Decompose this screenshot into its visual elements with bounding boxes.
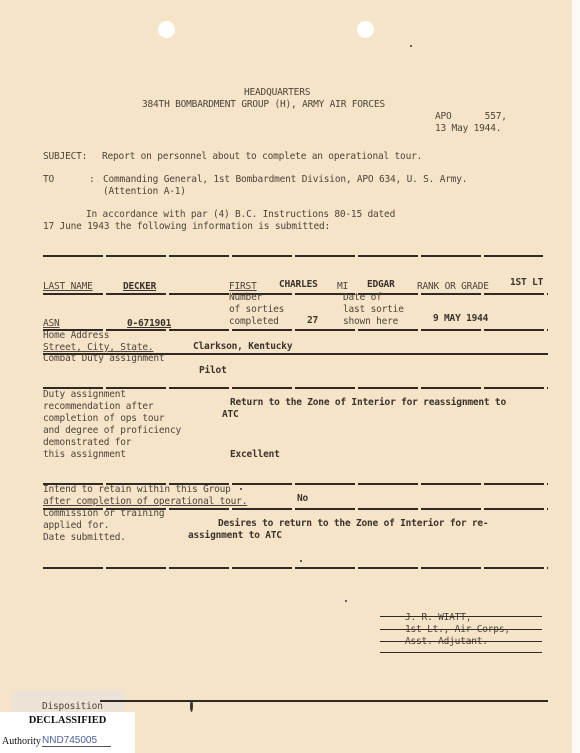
duty-value-2: ATC bbox=[222, 409, 239, 420]
speck bbox=[345, 600, 347, 602]
retain-value: No bbox=[297, 493, 308, 504]
punch-hole-right bbox=[357, 21, 374, 38]
asn-row-rule bbox=[43, 329, 548, 331]
rank-label: RANK OR GRADE bbox=[417, 281, 489, 292]
declassified-stamp: DECLASSIFIED Authority NND745005 bbox=[0, 712, 135, 753]
last-name-value: DECKER bbox=[123, 281, 156, 292]
page-edge bbox=[572, 0, 580, 753]
retain-label-2: after completion of operational tour. bbox=[43, 496, 247, 507]
mi-label: MI bbox=[337, 281, 348, 292]
duty-label-1: Duty assignment bbox=[43, 389, 126, 400]
duty-label-6: this assignment bbox=[43, 449, 126, 460]
commission-label-3: Date submitted. bbox=[43, 532, 126, 543]
duty-value-1: Return to the Zone of Interior for reass… bbox=[230, 397, 506, 408]
to-line1: Commanding General, 1st Bombardment Divi… bbox=[103, 174, 467, 185]
rank-value: 1ST LT bbox=[510, 277, 543, 288]
commission-value-2: assignment to ATC bbox=[188, 530, 282, 541]
asn-value: 0-671901 bbox=[127, 318, 171, 329]
sorties-value: 27 bbox=[307, 315, 318, 326]
signature-rule-4 bbox=[380, 652, 542, 653]
intro-line2: 17 June 1943 the following information i… bbox=[43, 221, 330, 232]
stamp-authority-value: NND745005 bbox=[42, 735, 111, 747]
sorties-label-2: of sorties bbox=[229, 304, 284, 315]
stamp-title: DECLASSIFIED bbox=[0, 715, 135, 726]
asn-label: ASN bbox=[43, 318, 60, 329]
signature-rule-1 bbox=[380, 616, 542, 617]
disposition-rule bbox=[100, 700, 548, 702]
header-date: 13 May 1944. bbox=[435, 123, 501, 134]
name-row-rule bbox=[43, 293, 548, 295]
header-unit: 384TH BOMBARDMENT GROUP (H), ARMY AIR FO… bbox=[142, 99, 385, 110]
subject-text: Report on personnel about to complete an… bbox=[102, 151, 422, 162]
proficiency-value: Excellent bbox=[230, 449, 280, 460]
intro-line1: In accordance with par (4) B.C. Instruct… bbox=[86, 209, 395, 220]
duty-label-3: completion of ops tour bbox=[43, 413, 164, 424]
sorties-label-3: completed bbox=[229, 316, 279, 327]
speck bbox=[410, 45, 412, 47]
duty-label-4: and degree of proficiency bbox=[43, 425, 181, 436]
to-colon: : bbox=[89, 174, 95, 185]
stamp-authority-label: Authority bbox=[2, 736, 41, 747]
sorties-label-1: Number bbox=[229, 292, 262, 303]
disposition-label: Disposition bbox=[42, 701, 103, 712]
signature-rule-2 bbox=[380, 629, 542, 630]
home-label-2: Street, City, State. bbox=[43, 342, 153, 353]
last-sortie-label-1: Date of bbox=[343, 292, 382, 303]
last-name-label: LAST NAME bbox=[43, 281, 93, 292]
form-top-rule bbox=[43, 255, 543, 257]
subject-label: SUBJECT: bbox=[43, 151, 87, 162]
last-sortie-label-3: shown here bbox=[343, 316, 398, 327]
first-name-value: CHARLES bbox=[279, 279, 318, 290]
punch-hole-left bbox=[158, 21, 175, 38]
duty-label-2: recommendation after bbox=[43, 401, 153, 412]
last-sortie-value: 9 MAY 1944 bbox=[433, 313, 488, 324]
speck bbox=[190, 700, 193, 712]
header-headquarters: HEADQUARTERS bbox=[244, 87, 310, 98]
to-line2: (Attention A-1) bbox=[103, 186, 186, 197]
mi-value: EDGAR bbox=[367, 279, 395, 290]
commission-label-1: Commission or training bbox=[43, 508, 164, 519]
commission-label-2: applied for. bbox=[43, 520, 109, 531]
speck bbox=[300, 560, 302, 562]
commission-value-1: Desires to return to the Zone of Interio… bbox=[218, 518, 488, 529]
signature-rule-3 bbox=[380, 641, 542, 642]
combat-value: Pilot bbox=[199, 365, 227, 376]
signature-name: J. R. WIATT, bbox=[405, 612, 471, 623]
to-label: TO bbox=[43, 174, 54, 185]
duty-label-5: demonstrated for bbox=[43, 437, 131, 448]
commission-rule bbox=[43, 567, 548, 569]
retain-label-1: Intend to retain within this Group bbox=[43, 484, 231, 495]
header-apo: APO 557, bbox=[435, 111, 507, 122]
last-sortie-label-2: last sortie bbox=[343, 304, 404, 315]
home-label-1: Home Address bbox=[43, 330, 109, 341]
home-value: Clarkson, Kentucky bbox=[193, 341, 292, 352]
speck bbox=[240, 488, 242, 490]
combat-label: Combat Duty assignment bbox=[43, 353, 164, 364]
document-page: HEADQUARTERS 384TH BOMBARDMENT GROUP (H)… bbox=[0, 0, 572, 753]
first-name-label: FIRST bbox=[229, 281, 257, 292]
